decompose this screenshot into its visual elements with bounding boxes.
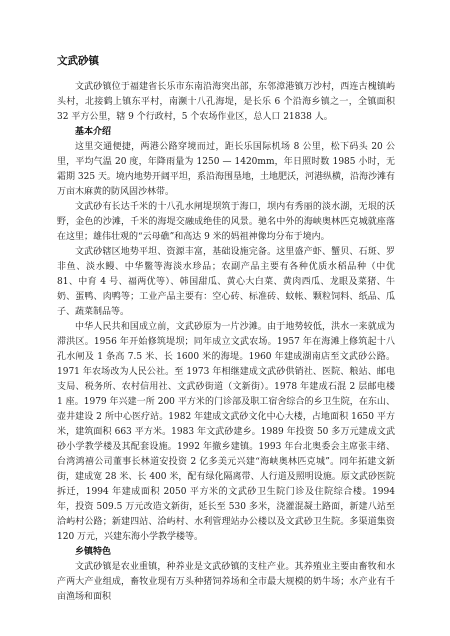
section-heading-basic-intro: 基本介绍 [57, 125, 395, 140]
paragraph-products: 文武砂辖区地势平坦、资源丰富，基础设施完备。这里盛产虾、蟹贝、石斑、罗非鱼、淡水… [57, 245, 395, 320]
paragraph-transport: 这里交通便捷，两港公路穿境而过，距长乐国际机场 8 公里，松下码头 20 公里，… [57, 140, 395, 200]
document-content: 文武砂镇 文武砂镇位于福建省长乐市东南沿海突出部，东邻漳港镇万沙村，西连古槐镇屿… [57, 54, 395, 605]
paragraph-agriculture: 文武砂镇是农业重镇，种养业是文武砂镇的支柱产业。其养殖业主要由畜牧和水产两大产业… [57, 560, 395, 605]
page-title: 文武砂镇 [57, 54, 395, 69]
paragraph-scenery: 文武砂有长达千米的十八孔水闸堤坝筑于海口，坝内有秀丽的淡水湖，无垠的沃野，金色的… [57, 200, 395, 245]
paragraph-history: 中华人民共和国成立前，文武砂原为一片沙滩。由于地势较低，洪水一来就成为滞洪区。1… [57, 320, 395, 545]
intro-paragraph: 文武砂镇位于福建省长乐市东南沿海突出部，东邻漳港镇万沙村，西连古槐镇屿头村，北接… [57, 80, 395, 125]
document-page: 文武砂镇 文武砂镇位于福建省长乐市东南沿海突出部，东邻漳港镇万沙村，西连古槐镇屿… [0, 0, 450, 636]
section-heading-town-features: 乡镇特色 [57, 545, 395, 560]
